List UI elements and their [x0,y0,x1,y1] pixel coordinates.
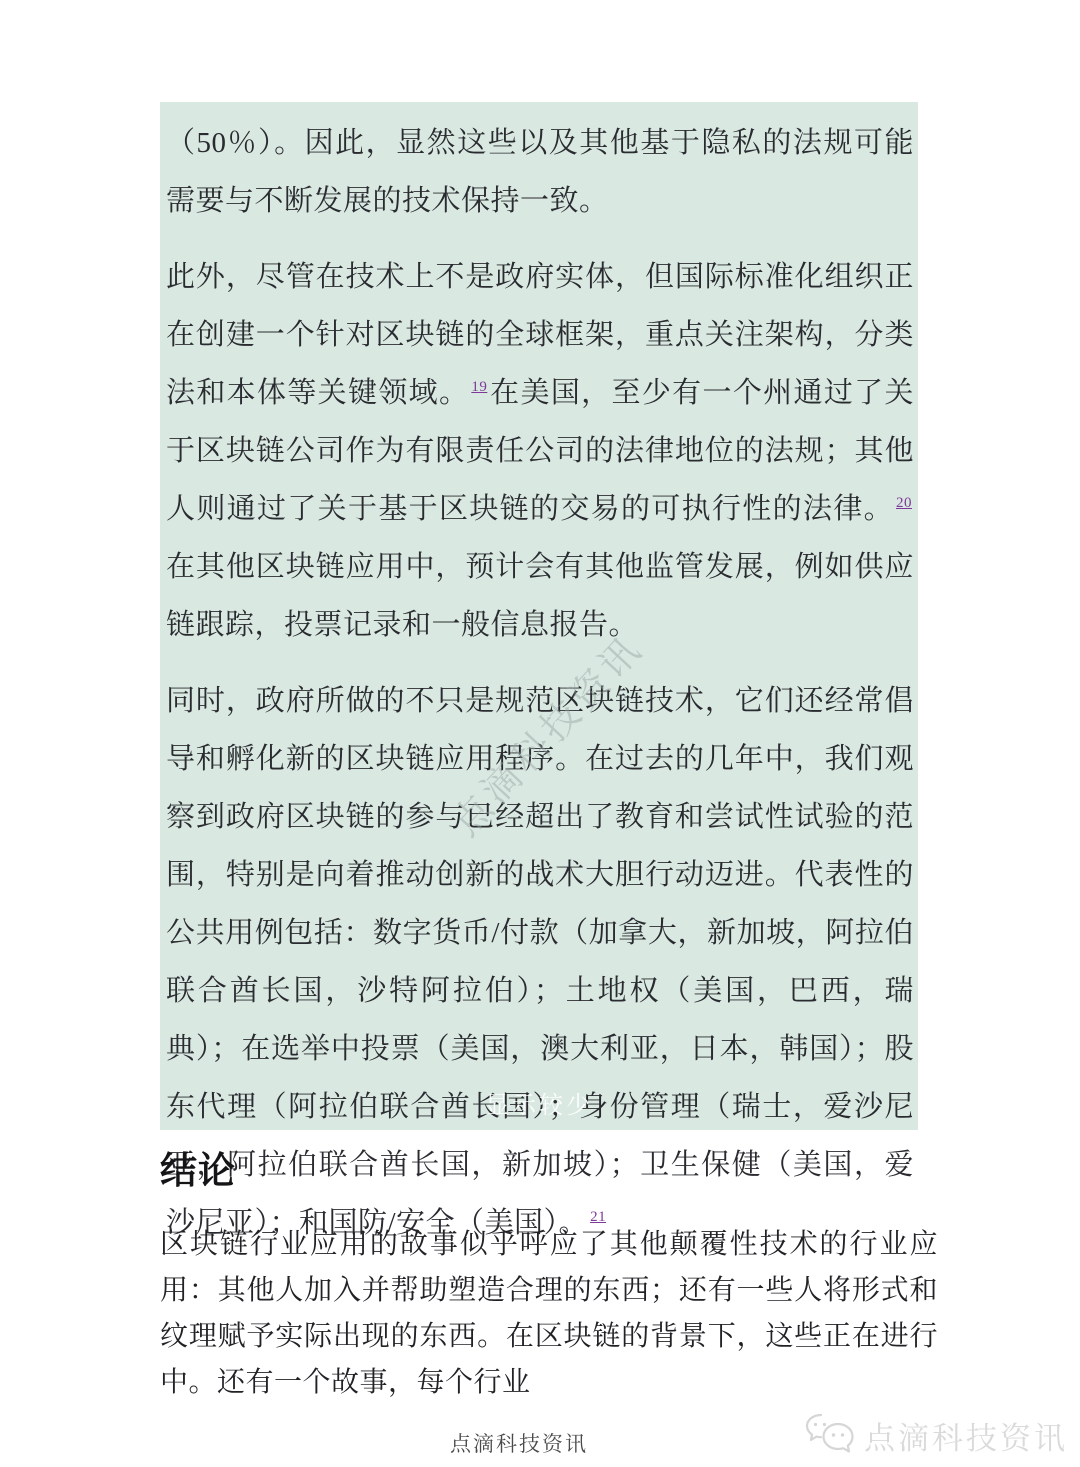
footer-center-text: 点滴科技资讯 [450,1428,588,1458]
paragraph: 此外，尽管在技术上不是政府实体，但国际标准化组织正在创建一个针对区块链的全球框架… [166,248,914,654]
paragraph: （50％）。因此，显然这些以及其他基于隐私的法规可能需要与不断发展的技术保持一致… [166,114,914,230]
excerpt-block: （50％）。因此，显然这些以及其他基于隐私的法规可能需要与不断发展的技术保持一致… [160,102,918,1130]
paragraph: 同时，政府所做的不只是规范区块链技术，它们还经常倡导和孵化新的区块链应用程序。在… [166,672,914,1252]
footer-brand: 点滴科技资讯 [804,1412,1068,1458]
footer-brand-text: 点滴科技资讯 [864,1413,1068,1458]
conclusion-paragraph: 区块链行业应用的故事似乎呼应了其他颠覆性技术的行业应用：其他人加入并帮助塑造合理… [160,1222,938,1406]
chat-bubbles-icon [804,1412,856,1458]
footnote-ref-20[interactable]: 20 [894,495,914,511]
paragraph-text: 在其他区块链应用中，预计会有其他监管发展，例如供应链跟踪，投票记录和一般信息报告… [166,551,914,641]
show-less-button[interactable]: 显示较少 [160,1085,918,1120]
conclusion-heading: 结论 [160,1140,236,1194]
document-page: （50％）。因此，显然这些以及其他基于隐私的法规可能需要与不断发展的技术保持一致… [0,0,1080,1467]
paragraph-text: （50％）。因此，显然这些以及其他基于隐私的法规可能需要与不断发展的技术保持一致… [166,127,914,217]
footnote-ref-19[interactable]: 19 [469,379,489,395]
paragraph-text: 同时，政府所做的不只是规范区块链技术，它们还经常倡导和孵化新的区块链应用程序。在… [166,685,914,1239]
